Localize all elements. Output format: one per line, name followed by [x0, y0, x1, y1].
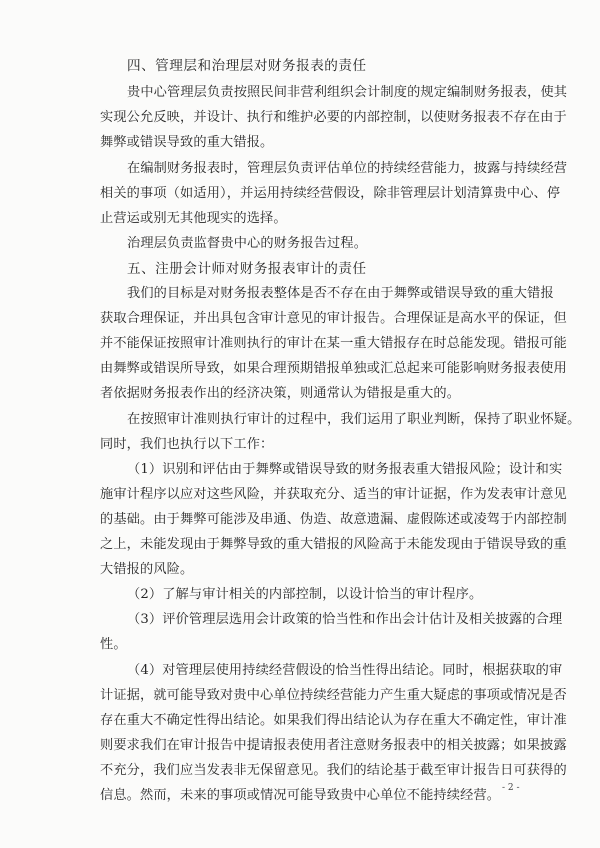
- text-line: 并不能保证按照审计准则执行的审计在某一重大错报存在时总能发现。错报可能: [100, 334, 567, 354]
- text-line: 相关的事项（如适用），并运用持续经营假设，除非管理层计划清算贵中心、停: [100, 184, 560, 204]
- text-line: 信息。然而，未来的事项或情况可能导致贵中心单位不能持续经营。: [100, 786, 500, 806]
- text-line: 不充分，我们应当发表非无保留意见。我们的结论基于截至审计报告日可获得的: [100, 761, 567, 781]
- text-line: 我们的目标是对财务报表整体是否不存在由于舞弊或错误导致的重大错报: [127, 284, 554, 304]
- text-line: （2）了解与审计相关的内部控制，以设计恰当的审计程序。: [127, 585, 482, 605]
- text-line: 存在重大不确定性得出结论。如果我们得出结论认为存在重大不确定性，审计准: [100, 711, 567, 731]
- text-line: 之上，未能发现由于舞弊导致的重大错报的风险高于未能发现由于错误导致的重: [100, 535, 567, 555]
- text-line: 的基础。由于舞弊可能涉及串通、伪造、故意遗漏、虚假陈述或凌驾于内部控制: [100, 510, 567, 530]
- text-line: 在编制财务报表时，管理层负责评估单位的持续经营能力，披露与持续经营: [127, 159, 567, 179]
- text-line: 舞弊或错误导致的重大错报。: [100, 133, 273, 153]
- text-line: 获取合理保证，并出具包含审计意见的审计报告。合理保证是高水平的保证，但: [100, 309, 567, 329]
- text-line: 施审计程序以应对这些风险，并获取充分、适当的审计证据，作为发表审计意见: [100, 485, 567, 505]
- text-line: 贵中心管理层负责按照民间非营利组织会计制度的规定编制财务报表，使其: [127, 83, 567, 103]
- text-line: 计证据，就可能导致对贵中心单位持续经营能力产生重大疑虑的事项或情况是否: [100, 686, 567, 706]
- text-line: （3）评价管理层选用会计政策的恰当性和作出会计估计及相关披露的合理: [127, 610, 562, 630]
- text-line: 者依据财务报表作出的经济决策，则通常认为错报是重大的。: [100, 384, 460, 404]
- section-heading: 四、管理层和治理层对财务报表的责任: [127, 56, 367, 76]
- text-line: 治理层负责监督贵中心的财务报告过程。: [127, 234, 367, 254]
- text-line: （4）对管理层使用持续经营假设的恰当性得出结论。同时，根据获取的审: [127, 661, 562, 681]
- text-line: 则要求我们在审计报告中提请报表使用者注意财务报表中的相关披露；如果披露: [100, 736, 567, 756]
- text-line: （1）识别和评估由于舞弊或错误导致的财务报表重大错报风险；设计和实: [127, 460, 562, 480]
- page-number: - 2 -: [502, 783, 520, 793]
- text-line: 由舞弊或错误所导致，如果合理预期错报单独或汇总起来可能影响财务报表使用: [100, 359, 567, 379]
- text-line: 实现公允反映，并设计、执行和维护必要的内部控制，以使财务报表不存在由于: [100, 108, 567, 128]
- text-line: 同时，我们也执行以下工作：: [100, 435, 273, 455]
- text-line: 性。: [100, 635, 127, 655]
- text-line: 止营运或别无其他现实的选择。: [100, 209, 287, 229]
- text-line: 在按照审计准则执行审计的过程中，我们运用了职业判断，保持了职业怀疑。: [127, 410, 580, 430]
- text-line: 大错报的风险。: [100, 560, 193, 580]
- section-heading: 五、注册会计师对财务报表审计的责任: [127, 259, 367, 279]
